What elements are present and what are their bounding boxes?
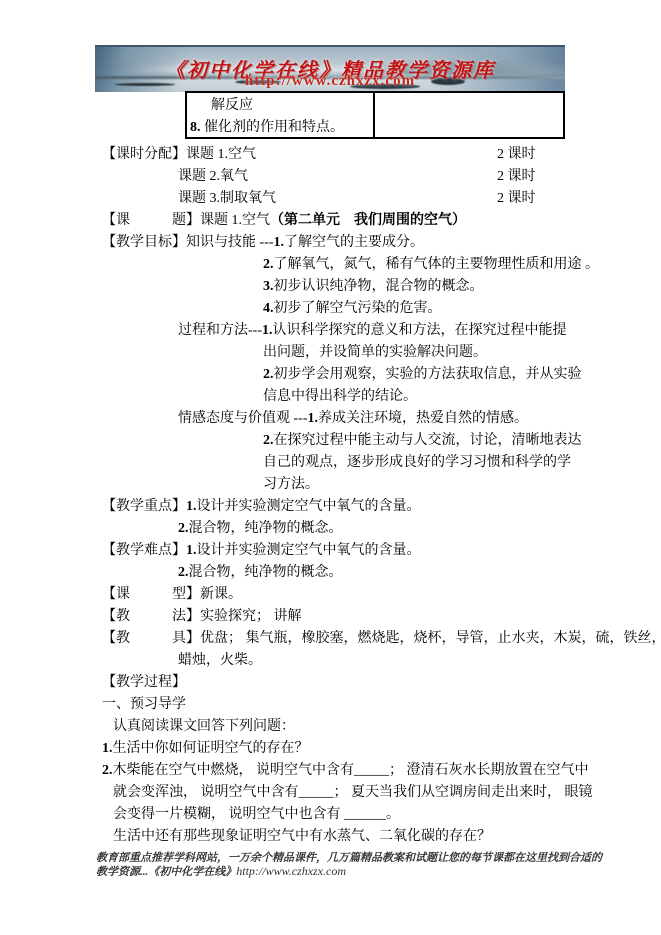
text-line: 2.混合物，纯净物的概念。 bbox=[0, 562, 661, 584]
text-line: 【教学目标】知识与技能 ---1.了解空气的主要成分。 bbox=[0, 232, 661, 254]
text-segment: 【教学过程】 bbox=[102, 675, 186, 690]
text-segment: 2. bbox=[178, 565, 189, 580]
text-segment: 【教学重点】 bbox=[102, 499, 186, 514]
site-banner-image: 《初中化学在线》精品教学资源库 http://www.czhxzx.com bbox=[95, 45, 565, 92]
text-segment: 了解空气的主要成分。 bbox=[284, 235, 424, 250]
text-line: 习方法。 bbox=[0, 474, 661, 496]
text-segment: 3. bbox=[263, 279, 274, 294]
text-line: 【教学重点】1.设计并实验测定空气中氧气的含量。 bbox=[0, 496, 661, 518]
text-line: 1.生活中你如何证明空气的存在？ bbox=[0, 738, 661, 760]
text-segment: 混合物，纯净物的概念。 bbox=[189, 521, 343, 536]
table-cell-left: 解反应 8. 催化剂的作用和特点。 bbox=[187, 93, 375, 137]
text-segment: 课题 2.氧气 bbox=[178, 169, 248, 184]
text-line: 就会变浑浊， 说明空气中含有_____； 夏天当我们从空调房间走出来时， 眼镜 bbox=[0, 782, 661, 804]
text-line: 2.初步学会用观察，实验的方法获取信息，并从实验 bbox=[0, 364, 661, 386]
footer-url: http://www.czhxzx.com bbox=[236, 864, 346, 878]
class-hours-value: 2 课时 bbox=[497, 144, 536, 166]
text-segment: 1. bbox=[186, 499, 197, 514]
text-line: 【课时分配】课题 1.空气2 课时 bbox=[0, 144, 661, 166]
footer-line2: 教学资源...《初中化学在线》http://www.czhxzx.com bbox=[96, 865, 566, 879]
text-line: 【课 型】新课。 bbox=[0, 584, 661, 606]
text-segment: 1. bbox=[186, 543, 197, 558]
text-segment: 养成关注环境，热爱自然的情感。 bbox=[318, 411, 528, 426]
text-segment: 【教学难点】 bbox=[102, 543, 186, 558]
text-segment: 【课 题】课题 1.空气 bbox=[102, 213, 270, 228]
footer-line2-text: 教学资源...《初中化学在线》 bbox=[96, 866, 236, 878]
text-line: 一、预习导学 bbox=[0, 694, 661, 716]
text-line: 2.了解氧气，氮气，稀有气体的主要物理性质和用途 。 bbox=[0, 254, 661, 276]
text-line: 蜡烛，火柴。 bbox=[0, 650, 661, 672]
text-segment: 1. bbox=[102, 741, 113, 756]
document-page: 《初中化学在线》精品教学资源库 http://www.czhxzx.com 解反… bbox=[0, 0, 661, 935]
text-line: 【教 法】实验探究； 讲解 bbox=[0, 606, 661, 628]
text-segment: 1. bbox=[262, 323, 273, 338]
content-table: 解反应 8. 催化剂的作用和特点。 bbox=[185, 91, 565, 139]
text-segment: 生活中你如何证明空气的存在？ bbox=[113, 741, 309, 756]
text-segment: 在探究过程中能主动与人交流，讨论，清晰地表达 bbox=[274, 433, 582, 448]
banner-url: http://www.czhxzx.com bbox=[95, 73, 565, 90]
text-segment: 蜡烛，火柴。 bbox=[178, 653, 262, 668]
text-line: 情感态度与价值观 ---1.养成关注环境，热爱自然的情感。 bbox=[0, 408, 661, 430]
text-segment: 习方法。 bbox=[263, 477, 319, 492]
text-line: 2.混合物，纯净物的概念。 bbox=[0, 518, 661, 540]
text-segment: 2. bbox=[263, 433, 274, 448]
text-segment: 会变得一片模糊， 说明空气中也含有 ______。 bbox=[113, 807, 400, 822]
text-segment: 混合物，纯净物的概念。 bbox=[189, 565, 343, 580]
text-line: 2.在探究过程中能主动与人交流，讨论，清晰地表达 bbox=[0, 430, 661, 452]
text-segment: 【教 法】实验探究； 讲解 bbox=[102, 609, 302, 624]
text-segment: 信息中得出科学的结论。 bbox=[263, 389, 417, 404]
text-line: 会变得一片模糊， 说明空气中也含有 ______。 bbox=[0, 804, 661, 826]
text-line: 【教 具】优盘； 集气瓶，橡胶塞，燃烧匙，烧杯，导管，止水夹，木炭，硫，铁丝， bbox=[0, 628, 661, 650]
table-cell-right bbox=[375, 93, 563, 137]
text-segment: 了解氧气，氮气，稀有气体的主要物理性质和用途 。 bbox=[274, 257, 600, 272]
text-line: 【教学过程】 bbox=[0, 672, 661, 694]
text-segment: 认真阅读课文回答下列问题： bbox=[113, 719, 295, 734]
class-hours-value: 2 课时 bbox=[497, 166, 536, 188]
document-body: 【课时分配】课题 1.空气2 课时课题 2.氧气2 课时课题 3.制取氧气2 课… bbox=[0, 144, 661, 848]
text-segment: 初步认识纯净物，混合物的概念。 bbox=[274, 279, 484, 294]
text-segment: 一、预习导学 bbox=[102, 697, 186, 712]
text-segment: 【教学目标】知识与技能 --- bbox=[102, 235, 274, 250]
text-segment: 4. bbox=[263, 301, 274, 316]
text-segment: 出问题，并设简单的实验解决问题。 bbox=[263, 345, 487, 360]
text-line: 课题 3.制取氧气2 课时 bbox=[0, 188, 661, 210]
text-line: 【教学难点】1.设计并实验测定空气中氧气的含量。 bbox=[0, 540, 661, 562]
text-segment: 【课 型】新课。 bbox=[102, 587, 242, 602]
text-line: 3.初步认识纯净物，混合物的概念。 bbox=[0, 276, 661, 298]
text-segment: 【课时分配】课题 1.空气 bbox=[102, 147, 256, 162]
text-segment: 过程和方法--- bbox=[178, 323, 262, 338]
text-segment: 设计并实验测定空气中氧气的含量。 bbox=[197, 543, 421, 558]
text-segment: 设计并实验测定空气中氧气的含量。 bbox=[197, 499, 421, 514]
table-cell-text: 8. 催化剂的作用和特点。 bbox=[187, 117, 373, 139]
text-segment: 2. bbox=[263, 367, 274, 382]
page-footer: 教育部重点推荐学科网站，一万余个精品课件，几万篇精品教案和试题让您的每节课都在这… bbox=[96, 852, 566, 879]
text-line: 生活中还有那些现象证明空气中有水蒸气、二氧化碳的存在？ bbox=[0, 826, 661, 848]
text-segment: 初步了解空气污染的危害。 bbox=[274, 301, 442, 316]
text-segment: 情感态度与价值观 --- bbox=[178, 411, 308, 426]
table-cell-text: 解反应 bbox=[187, 95, 373, 117]
text-line: 自己的观点，逐步形成良好的学习习惯和科学的学 bbox=[0, 452, 661, 474]
text-segment: 2. bbox=[263, 257, 274, 272]
text-segment: 2. bbox=[178, 521, 189, 536]
text-segment: 初步学会用观察，实验的方法获取信息，并从实验 bbox=[274, 367, 582, 382]
text-line: 出问题，并设简单的实验解决问题。 bbox=[0, 342, 661, 364]
text-line: 认真阅读课文回答下列问题： bbox=[0, 716, 661, 738]
text-segment: 1. bbox=[308, 411, 319, 426]
text-segment: 1. bbox=[274, 235, 285, 250]
text-segment: 2. bbox=[102, 763, 113, 778]
text-line: 4.初步了解空气污染的危害。 bbox=[0, 298, 661, 320]
text-segment: 生活中还有那些现象证明空气中有水蒸气、二氧化碳的存在？ bbox=[113, 829, 491, 844]
text-segment: 自己的观点，逐步形成良好的学习习惯和科学的学 bbox=[263, 455, 571, 470]
text-line: 【课 题】课题 1.空气（第二单元 我们周围的空气） bbox=[0, 210, 661, 232]
text-line: 过程和方法---1.认识科学探究的意义和方法，在探究过程中能提 bbox=[0, 320, 661, 342]
text-line: 课题 2.氧气2 课时 bbox=[0, 166, 661, 188]
text-line: 信息中得出科学的结论。 bbox=[0, 386, 661, 408]
class-hours-value: 2 课时 bbox=[497, 188, 536, 210]
text-segment: （第二单元 我们周围的空气） bbox=[270, 213, 466, 228]
text-segment: 木柴能在空气中燃烧， 说明空气中含有_____； 澄清石灰水长期放置在空气中 bbox=[113, 763, 589, 778]
list-item-text: 催化剂的作用和特点。 bbox=[201, 120, 345, 135]
text-segment: 就会变浑浊， 说明空气中含有_____； 夏天当我们从空调房间走出来时， 眼镜 bbox=[113, 785, 593, 800]
text-segment: 课题 3.制取氧气 bbox=[178, 191, 276, 206]
list-item-number: 8. bbox=[190, 120, 201, 135]
text-segment: 【教 具】优盘； 集气瓶，橡胶塞，燃烧匙，烧杯，导管，止水夹，木炭，硫，铁丝， bbox=[102, 631, 661, 646]
text-segment: 认识科学探究的意义和方法，在探究过程中能提 bbox=[273, 323, 567, 338]
text-line: 2.木柴能在空气中燃烧， 说明空气中含有_____； 澄清石灰水长期放置在空气中 bbox=[0, 760, 661, 782]
